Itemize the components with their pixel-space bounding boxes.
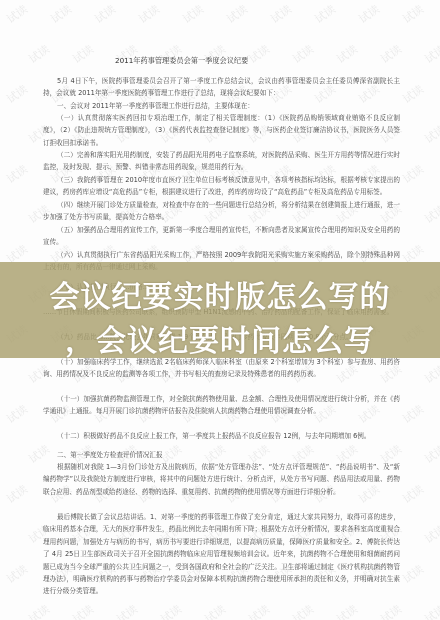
watermark-text: 试读 (421, 41, 440, 67)
watermark-text: 试读 (179, 1, 206, 27)
paragraph-intro: 5月 4日下午，医院药事管理委员会召开了第一季度工作总结会议，会议由药事管理委员… (43, 75, 400, 100)
watermark-text: 试读 (333, 41, 360, 67)
watermark-text: 试读 (289, 41, 316, 67)
watermark-text: 试读 (3, 161, 30, 187)
watermark-text: 试读 (69, 41, 96, 67)
paragraph-item-5: （五）加强药品合理用药宣传工作，更新第一季度合理用药宣传栏，不断向患者及家属宣传… (43, 224, 400, 249)
watermark-text: 试读 (47, 1, 74, 27)
paragraph-item-11: （十一）加强抗菌药物监测管理工作，对全院抗菌药物使用量、总金额、合理性及使用情况… (43, 393, 400, 418)
watermark-text: 试读 (245, 601, 272, 620)
watermark-text: 试读 (289, 601, 316, 620)
paragraph-prescription-review: 根据随机对我院 1—3月份门诊处方及出院病历，依据“处方管理办法”、“处方点评管… (43, 461, 400, 498)
watermark-text: 试读 (267, 1, 294, 27)
watermark-text: 试读 (421, 521, 440, 547)
watermark-text: 试读 (113, 601, 140, 620)
paragraph-item-1: （一）认真贯彻落实医药回扣专项治理工作，制定了相关管理制度：（1）《医院药品购销… (43, 112, 400, 149)
watermark-text: 试读 (135, 1, 162, 27)
paragraph-item-4: （四）继续开展门诊处方质量检查，对检查中存在的一些问题进行总结分析，将分析结果在… (43, 199, 400, 224)
watermark-text: 试读 (399, 161, 426, 187)
watermark-text: 试读 (3, 561, 30, 587)
watermark-text: 试读 (421, 601, 440, 620)
watermark-text: 试读 (91, 1, 118, 27)
watermark-text: 试读 (377, 41, 404, 67)
watermark-text: 试读 (157, 601, 184, 620)
watermark-text: 试读 (355, 1, 382, 27)
watermark-text: 试读 (399, 81, 426, 107)
paragraph-item-3: （三）我院药事管理在 2010年度市直医疗卫生单位目标考核反馈意见中，各项考核指… (43, 174, 400, 199)
watermark-text: 试读 (421, 201, 440, 227)
watermark-text: 试读 (223, 1, 250, 27)
paragraph-item-2: （二）完善和落实阳光用药制度，安装了药品阳光用药电子监察系统，对医院药品采购、医… (43, 149, 400, 174)
watermark-text: 试读 (399, 401, 426, 427)
watermark-text: 试读 (3, 1, 30, 27)
document-page: 试读试读试读试读试读试读试读试读试读试读试读试读试读试读试读试读试读试读试读试读… (0, 0, 440, 620)
watermark-text: 试读 (201, 601, 228, 620)
watermark-text: 试读 (69, 601, 96, 620)
paragraph-closing-remarks: 最后傅院长做了会议总结讲话。1、对第一季度的药事管理工作做了充分肯定，通过大家共… (43, 511, 400, 598)
watermark-text: 试读 (3, 401, 30, 427)
watermark-text: 试读 (421, 441, 440, 467)
watermark-text: 试读 (333, 601, 360, 620)
document-title: 2011年药事管理委员会第一季度会议纪要 (115, 56, 248, 66)
watermark-text: 试读 (421, 121, 440, 147)
overlay-headline-line-1: 会议纪要实时版怎么写的 (0, 272, 440, 316)
watermark-text: 试读 (311, 1, 338, 27)
watermark-text: 试读 (399, 1, 426, 27)
watermark-text: 试读 (399, 481, 426, 507)
watermark-text: 试读 (3, 81, 30, 107)
paragraph-section-2-heading: 二、第一季度处方检查评价情况汇报 (43, 449, 400, 461)
watermark-text: 试读 (245, 41, 272, 67)
watermark-text: 试读 (421, 361, 440, 387)
paragraph-section-1-heading: 一、会议对 2011年第一季度药事管理工作进行总结，主要体现在： (43, 100, 400, 112)
paragraph-item-12: （十二）积极做好药品不良反应上报工作，第一季度共上报药品不良反应报告 12例，与… (43, 430, 400, 442)
watermark-text: 试读 (25, 601, 52, 620)
watermark-text: 试读 (399, 561, 426, 587)
watermark-text: 试读 (377, 601, 404, 620)
watermark-text: 试读 (25, 41, 52, 67)
overlay-headline-line-2: ，会议纪要时间怎么写 (0, 316, 440, 360)
watermark-text: 试读 (3, 481, 30, 507)
